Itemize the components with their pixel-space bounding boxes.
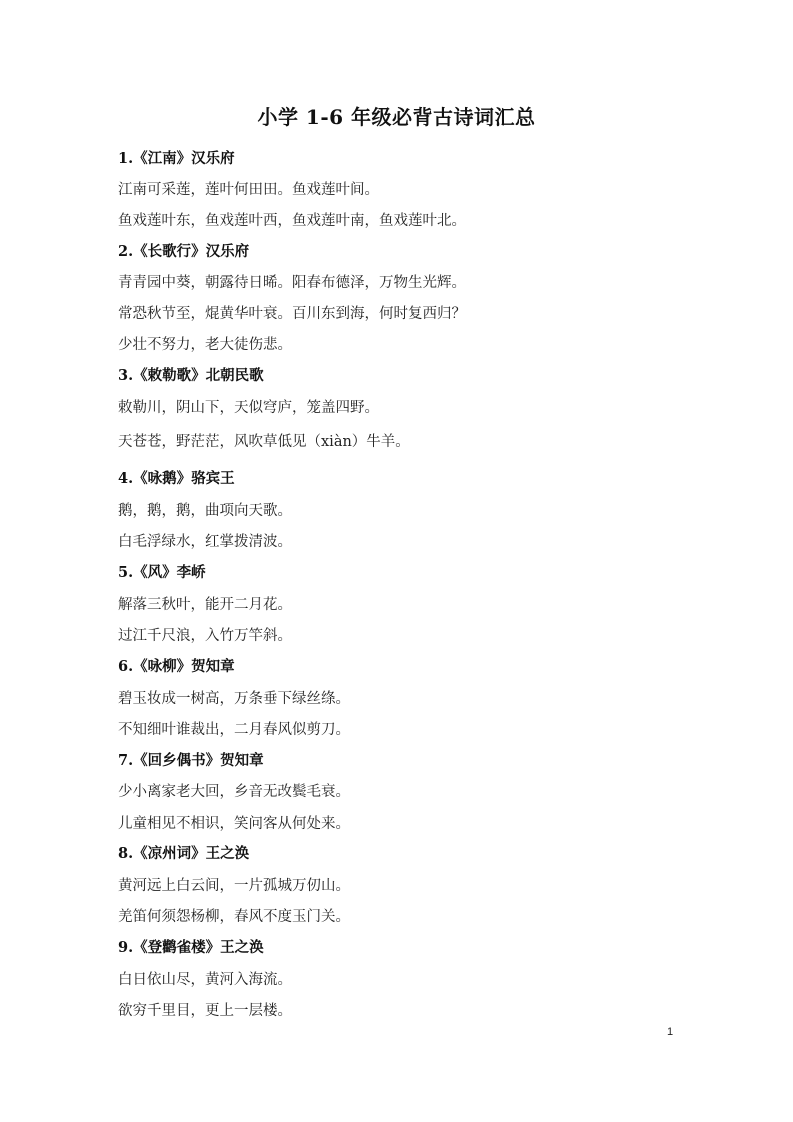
poem-line: 过江千尺浪，入竹万竿斜。 bbox=[118, 624, 292, 645]
poem-line: 常恐秋节至，焜黄华叶衰。百川东到海，何时复西归？ bbox=[118, 302, 466, 323]
poem-line: 敕勒川，阴山下，天似穹庐，笼盖四野。 bbox=[118, 396, 379, 417]
poem-line: 解落三秋叶，能开二月花。 bbox=[118, 593, 292, 614]
document-title: 小学 1-6 年级必背古诗词汇总 bbox=[0, 101, 793, 130]
poem-heading: 6.《咏柳》贺知章 bbox=[118, 655, 235, 676]
poem-heading: 5.《风》李峤 bbox=[118, 561, 206, 582]
poem-line: 少小离家老大回，乡音无改鬓毛衰。 bbox=[118, 780, 350, 801]
poem-line: 儿童相见不相识，笑问客从何处来。 bbox=[118, 812, 350, 833]
page-number: 1 bbox=[667, 1026, 673, 1038]
poem-line: 天苍苍，野茫茫，风吹草低见（xiàn）牛羊。 bbox=[118, 430, 410, 451]
poem-line: 白毛浮绿水，红掌拨清波。 bbox=[118, 530, 292, 551]
poem-line: 不知细叶谁裁出，二月春风似剪刀。 bbox=[118, 718, 350, 739]
poem-line: 鹅，鹅，鹅，曲项向天歌。 bbox=[118, 499, 292, 520]
poem-heading: 8.《凉州词》王之涣 bbox=[118, 842, 249, 863]
poem-line: 碧玉妆成一树高，万条垂下绿丝绦。 bbox=[118, 687, 350, 708]
document-page: 小学 1-6 年级必背古诗词汇总 1.《江南》汉乐府 江南可采莲，莲叶何田田。鱼… bbox=[0, 0, 793, 1122]
poem-heading: 2.《长歌行》汉乐府 bbox=[118, 240, 249, 261]
poem-heading: 1.《江南》汉乐府 bbox=[118, 147, 235, 168]
poem-line: 羌笛何须怨杨柳，春风不度玉门关。 bbox=[118, 905, 350, 926]
poem-line: 白日依山尽，黄河入海流。 bbox=[118, 968, 292, 989]
poem-heading: 4.《咏鹅》骆宾王 bbox=[118, 467, 235, 488]
poem-line: 江南可采莲，莲叶何田田。鱼戏莲叶间。 bbox=[118, 178, 379, 199]
poem-line: 鱼戏莲叶东，鱼戏莲叶西，鱼戏莲叶南，鱼戏莲叶北。 bbox=[118, 209, 466, 230]
poem-line: 少壮不努力，老大徒伤悲。 bbox=[118, 333, 292, 354]
poem-line: 青青园中葵，朝露待日晞。阳春布德泽，万物生光辉。 bbox=[118, 271, 466, 292]
poem-line: 欲穷千里目，更上一层楼。 bbox=[118, 999, 292, 1020]
poem-heading: 7.《回乡偶书》贺知章 bbox=[118, 749, 264, 770]
poem-heading: 3.《敕勒歌》北朝民歌 bbox=[118, 364, 264, 385]
poem-heading: 9.《登鹳雀楼》王之涣 bbox=[118, 936, 264, 957]
poem-line: 黄河远上白云间，一片孤城万仞山。 bbox=[118, 874, 350, 895]
